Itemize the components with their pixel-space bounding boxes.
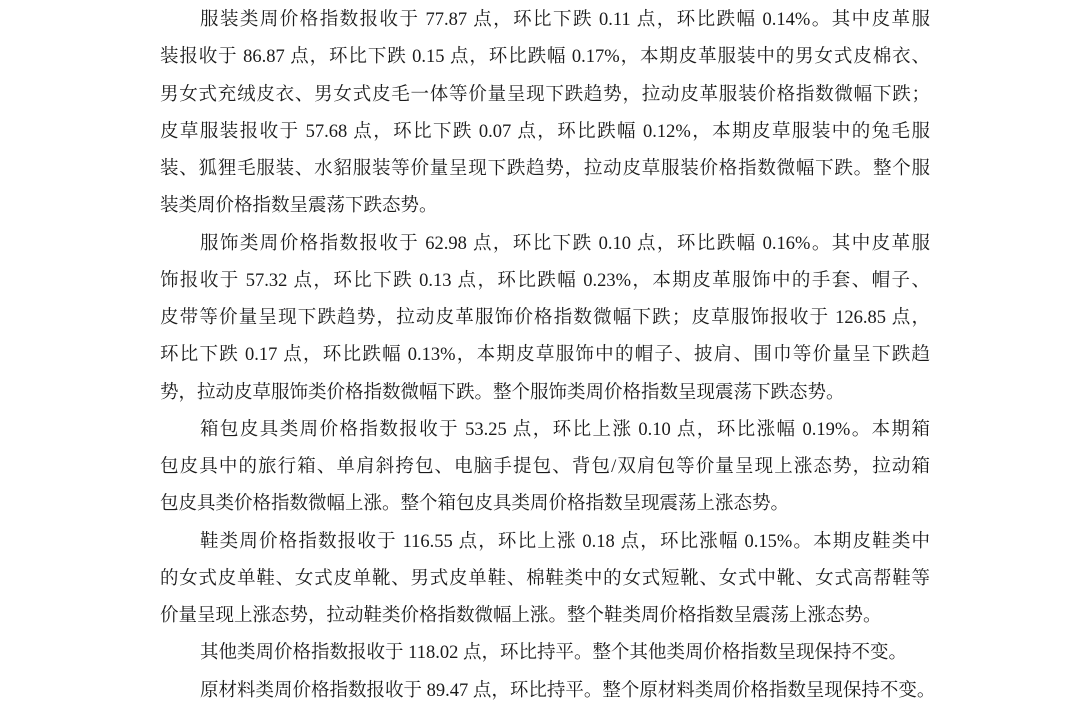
text-line: 包皮具中的旅行箱、单肩斜挎包、电脑手提包、背包/双肩包等价量呈现上涨态势，拉动箱 [160,449,930,486]
text-line: 包皮具类价格指数微幅上涨。整个箱包皮具类周价格指数呈现震荡上涨态势。 [160,486,930,523]
text-line: 装类周价格指数呈震荡下跌态势。 [160,188,930,225]
text-line: 装、狐狸毛服装、水貂服装等价量呈现下跌趋势，拉动皮草服装价格指数微幅下跌。整个服 [160,151,930,188]
report-body: 服装类周价格指数报收于 77.87 点，环比下跌 0.11 点，环比跌幅 0.1… [160,2,930,705]
text-line: 价量呈现上涨态势，拉动鞋类价格指数微幅上涨。整个鞋类周价格指数呈震荡上涨态势。 [160,598,930,635]
paragraph-raw-materials: 原材料类周价格指数报收于 89.47 点，环比持平。整个原材料类周价格指数呈现保… [160,673,930,705]
text-line: 服装类周价格指数报收于 77.87 点，环比下跌 0.11 点，环比跌幅 0.1… [160,2,930,39]
text-line: 饰报收于 57.32 点，环比下跌 0.13 点，环比跌幅 0.23%，本期皮革… [160,263,930,300]
text-line: 皮草服装报收于 57.68 点，环比下跌 0.07 点，环比跌幅 0.12%，本… [160,114,930,151]
text-line: 势，拉动皮草服饰类价格指数微幅下跌。整个服饰类周价格指数呈现震荡下跌态势。 [160,375,930,412]
text-line: 皮带等价量呈现下跌趋势，拉动皮革服饰价格指数微幅下跌；皮草服饰报收于 126.8… [160,300,930,337]
paragraph-accessories: 服饰类周价格指数报收于 62.98 点，环比下跌 0.10 点，环比跌幅 0.1… [160,226,930,412]
text-line: 男女式充绒皮衣、男女式皮毛一体等价量呈现下跌趋势，拉动皮革服装价格指数微幅下跌； [160,77,930,114]
text-line: 的女式皮单鞋、女式皮单靴、男式皮单鞋、棉鞋类中的女式短靴、女式中靴、女式高帮鞋等 [160,561,930,598]
document-page: 服装类周价格指数报收于 77.87 点，环比下跌 0.11 点，环比跌幅 0.1… [0,0,1082,705]
paragraph-clothing: 服装类周价格指数报收于 77.87 点，环比下跌 0.11 点，环比跌幅 0.1… [160,2,930,226]
text-line: 服饰类周价格指数报收于 62.98 点，环比下跌 0.10 点，环比跌幅 0.1… [160,226,930,263]
text-line: 鞋类周价格指数报收于 116.55 点，环比上涨 0.18 点，环比涨幅 0.1… [160,524,930,561]
text-line: 环比下跌 0.17 点，环比跌幅 0.13%，本期皮草服饰中的帽子、披肩、围巾等… [160,337,930,374]
paragraph-footwear: 鞋类周价格指数报收于 116.55 点，环比上涨 0.18 点，环比涨幅 0.1… [160,524,930,636]
paragraph-bags-leather-goods: 箱包皮具类周价格指数报收于 53.25 点，环比上涨 0.10 点，环比涨幅 0… [160,412,930,524]
text-line: 其他类周价格指数报收于 118.02 点，环比持平。整个其他类周价格指数呈现保持… [160,635,930,672]
text-line: 装报收于 86.87 点，环比下跌 0.15 点，环比跌幅 0.17%，本期皮革… [160,39,930,76]
paragraph-others: 其他类周价格指数报收于 118.02 点，环比持平。整个其他类周价格指数呈现保持… [160,635,930,672]
text-line: 箱包皮具类周价格指数报收于 53.25 点，环比上涨 0.10 点，环比涨幅 0… [160,412,930,449]
text-line: 原材料类周价格指数报收于 89.47 点，环比持平。整个原材料类周价格指数呈现保… [160,673,930,705]
